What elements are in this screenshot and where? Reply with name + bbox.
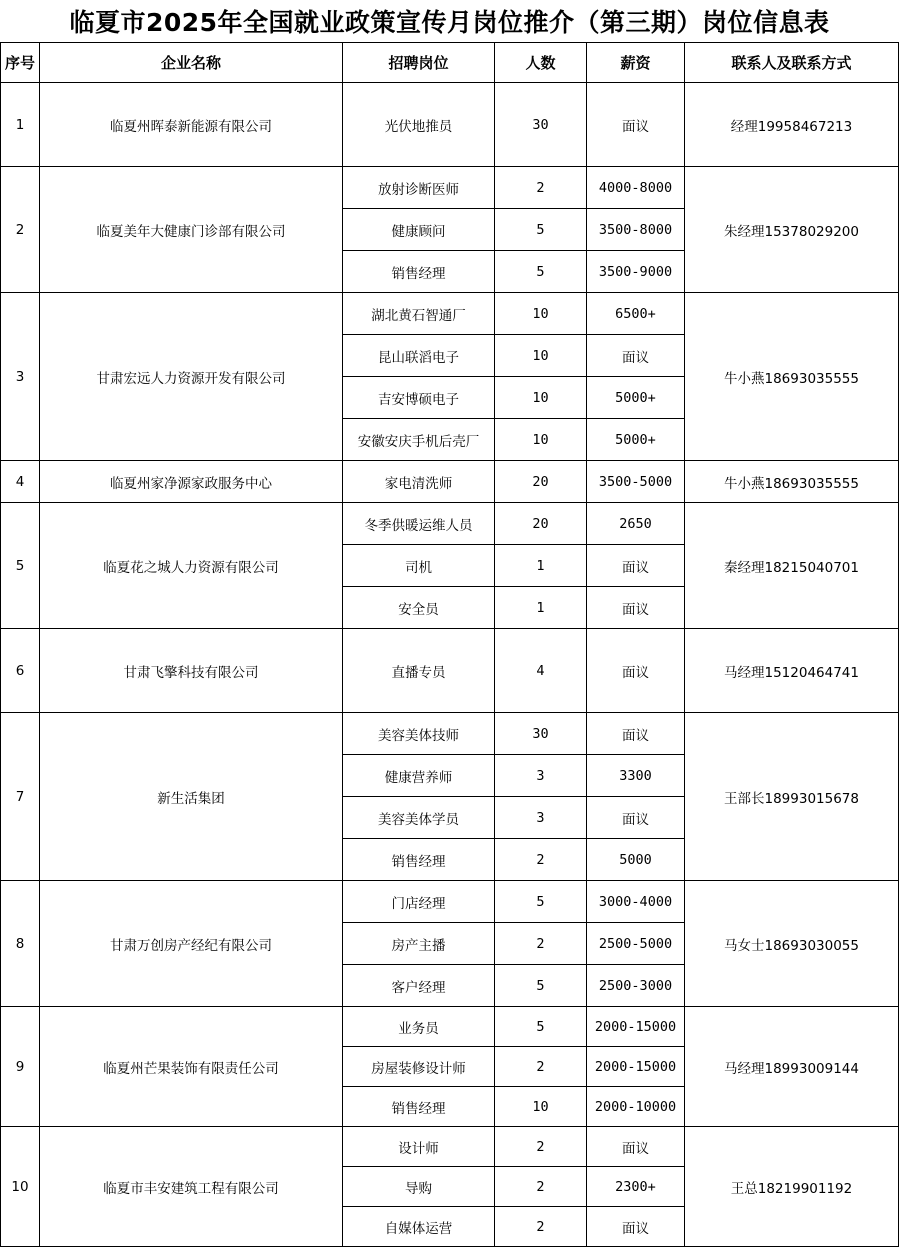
- cell-index: 9: [1, 1007, 40, 1127]
- cell-salary: 面议: [587, 713, 685, 755]
- cell-index: 1: [1, 83, 40, 167]
- cell-position: 销售经理: [343, 839, 495, 881]
- cell-contact: 牛小燕18693035555: [685, 461, 899, 503]
- cell-salary: 3300: [587, 755, 685, 797]
- cell-salary: 4000-8000: [587, 167, 685, 209]
- cell-index: 10: [1, 1127, 40, 1247]
- table-row: 6甘肃飞擎科技有限公司直播专员4面议马经理15120464741: [1, 629, 899, 713]
- cell-company-name: 临夏市丰安建筑工程有限公司: [40, 1127, 343, 1247]
- cell-count: 5: [495, 965, 587, 1007]
- cell-salary: 5000+: [587, 377, 685, 419]
- cell-index: 5: [1, 503, 40, 629]
- header-row: 序号 企业名称 招聘岗位 人数 薪资 联系人及联系方式: [1, 43, 899, 83]
- cell-position: 房屋装修设计师: [343, 1047, 495, 1087]
- cell-company-name: 临夏花之城人力资源有限公司: [40, 503, 343, 629]
- table-row: 2临夏美年大健康门诊部有限公司放射诊断医师24000-8000朱经理153780…: [1, 167, 899, 209]
- cell-count: 5: [495, 251, 587, 293]
- cell-contact: 王部长18993015678: [685, 713, 899, 881]
- table-row: 10临夏市丰安建筑工程有限公司设计师2面议王总18219901192: [1, 1127, 899, 1167]
- cell-count: 1: [495, 587, 587, 629]
- header-index: 序号: [1, 43, 40, 83]
- cell-count: 3: [495, 755, 587, 797]
- cell-count: 2: [495, 923, 587, 965]
- cell-contact: 朱经理15378029200: [685, 167, 899, 293]
- header-company: 企业名称: [40, 43, 343, 83]
- cell-salary: 面议: [587, 797, 685, 839]
- cell-position: 湖北黄石智通厂: [343, 293, 495, 335]
- cell-position: 客户经理: [343, 965, 495, 1007]
- cell-count: 3: [495, 797, 587, 839]
- cell-position: 家电清洗师: [343, 461, 495, 503]
- header-salary: 薪资: [587, 43, 685, 83]
- cell-count: 1: [495, 545, 587, 587]
- cell-company-name: 甘肃万创房产经纪有限公司: [40, 881, 343, 1007]
- cell-salary: 面议: [587, 335, 685, 377]
- cell-count: 5: [495, 1007, 587, 1047]
- cell-position: 自媒体运营: [343, 1207, 495, 1247]
- cell-position: 门店经理: [343, 881, 495, 923]
- cell-contact: 马女士18693030055: [685, 881, 899, 1007]
- cell-count: 4: [495, 629, 587, 713]
- cell-count: 2: [495, 1207, 587, 1247]
- cell-count: 2: [495, 1047, 587, 1087]
- table-row: 4临夏州家净源家政服务中心家电清洗师203500-5000牛小燕18693035…: [1, 461, 899, 503]
- cell-count: 2: [495, 839, 587, 881]
- cell-contact: 王总18219901192: [685, 1127, 899, 1247]
- cell-company-name: 新生活集团: [40, 713, 343, 881]
- cell-position: 司机: [343, 545, 495, 587]
- cell-company-name: 甘肃飞擎科技有限公司: [40, 629, 343, 713]
- cell-count: 5: [495, 209, 587, 251]
- cell-position: 美容美体学员: [343, 797, 495, 839]
- cell-salary: 面议: [587, 1207, 685, 1247]
- cell-position: 房产主播: [343, 923, 495, 965]
- cell-contact: 马经理18993009144: [685, 1007, 899, 1127]
- cell-salary: 3500-5000: [587, 461, 685, 503]
- table-row: 8甘肃万创房产经纪有限公司门店经理53000-4000马女士1869303005…: [1, 881, 899, 923]
- table-row: 5临夏花之城人力资源有限公司冬季供暖运维人员202650秦经理182150407…: [1, 503, 899, 545]
- cell-position: 吉安博硕电子: [343, 377, 495, 419]
- cell-company-name: 临夏州家净源家政服务中心: [40, 461, 343, 503]
- cell-position: 业务员: [343, 1007, 495, 1047]
- cell-salary: 面议: [587, 83, 685, 167]
- cell-count: 2: [495, 167, 587, 209]
- cell-position: 冬季供暖运维人员: [343, 503, 495, 545]
- cell-position: 导购: [343, 1167, 495, 1207]
- cell-position: 销售经理: [343, 1087, 495, 1127]
- cell-index: 4: [1, 461, 40, 503]
- cell-count: 10: [495, 1087, 587, 1127]
- cell-salary: 3500-8000: [587, 209, 685, 251]
- cell-position: 光伏地推员: [343, 83, 495, 167]
- cell-count: 10: [495, 377, 587, 419]
- cell-position: 健康营养师: [343, 755, 495, 797]
- cell-salary: 2000-10000: [587, 1087, 685, 1127]
- cell-company-name: 甘肃宏远人力资源开发有限公司: [40, 293, 343, 461]
- cell-salary: 2000-15000: [587, 1047, 685, 1087]
- cell-salary: 5000+: [587, 419, 685, 461]
- cell-position: 设计师: [343, 1127, 495, 1167]
- cell-count: 20: [495, 503, 587, 545]
- table-body: 1临夏州晖泰新能源有限公司光伏地推员30面议经理199584672132临夏美年…: [1, 83, 899, 1247]
- table-row: 7新生活集团美容美体技师30面议王部长18993015678: [1, 713, 899, 755]
- cell-contact: 牛小燕18693035555: [685, 293, 899, 461]
- cell-index: 6: [1, 629, 40, 713]
- cell-index: 8: [1, 881, 40, 1007]
- table-row: 9临夏州芒果装饰有限责任公司业务员52000-15000马经理189930091…: [1, 1007, 899, 1047]
- cell-salary: 2500-3000: [587, 965, 685, 1007]
- cell-contact: 经理19958467213: [685, 83, 899, 167]
- cell-company-name: 临夏州晖泰新能源有限公司: [40, 83, 343, 167]
- cell-position: 安徽安庆手机后壳厂: [343, 419, 495, 461]
- cell-count: 30: [495, 83, 587, 167]
- header-position: 招聘岗位: [343, 43, 495, 83]
- cell-salary: 5000: [587, 839, 685, 881]
- cell-company-name: 临夏州芒果装饰有限责任公司: [40, 1007, 343, 1127]
- cell-salary: 面议: [587, 587, 685, 629]
- cell-salary: 3000-4000: [587, 881, 685, 923]
- table-row: 1临夏州晖泰新能源有限公司光伏地推员30面议经理19958467213: [1, 83, 899, 167]
- cell-salary: 面议: [587, 545, 685, 587]
- cell-index: 7: [1, 713, 40, 881]
- cell-position: 放射诊断医师: [343, 167, 495, 209]
- cell-contact: 秦经理18215040701: [685, 503, 899, 629]
- cell-index: 3: [1, 293, 40, 461]
- cell-salary: 6500+: [587, 293, 685, 335]
- table-row: 3甘肃宏远人力资源开发有限公司湖北黄石智通厂106500+牛小燕18693035…: [1, 293, 899, 335]
- cell-index: 2: [1, 167, 40, 293]
- cell-position: 昆山联滔电子: [343, 335, 495, 377]
- cell-company-name: 临夏美年大健康门诊部有限公司: [40, 167, 343, 293]
- cell-count: 20: [495, 461, 587, 503]
- cell-count: 10: [495, 419, 587, 461]
- header-contact: 联系人及联系方式: [685, 43, 899, 83]
- cell-count: 10: [495, 293, 587, 335]
- cell-position: 销售经理: [343, 251, 495, 293]
- cell-position: 安全员: [343, 587, 495, 629]
- cell-position: 美容美体技师: [343, 713, 495, 755]
- cell-salary: 2000-15000: [587, 1007, 685, 1047]
- cell-count: 10: [495, 335, 587, 377]
- cell-count: 5: [495, 881, 587, 923]
- job-table: 序号 企业名称 招聘岗位 人数 薪资 联系人及联系方式 1临夏州晖泰新能源有限公…: [0, 42, 899, 1247]
- cell-position: 健康顾问: [343, 209, 495, 251]
- cell-count: 2: [495, 1167, 587, 1207]
- sheet-title: 临夏市2025年全国就业政策宣传月岗位推介（第三期）岗位信息表: [0, 0, 899, 42]
- cell-salary: 面议: [587, 629, 685, 713]
- cell-contact: 马经理15120464741: [685, 629, 899, 713]
- cell-salary: 2500-5000: [587, 923, 685, 965]
- cell-salary: 面议: [587, 1127, 685, 1167]
- cell-salary: 2650: [587, 503, 685, 545]
- cell-position: 直播专员: [343, 629, 495, 713]
- cell-count: 2: [495, 1127, 587, 1167]
- cell-salary: 3500-9000: [587, 251, 685, 293]
- cell-count: 30: [495, 713, 587, 755]
- cell-salary: 2300+: [587, 1167, 685, 1207]
- header-count: 人数: [495, 43, 587, 83]
